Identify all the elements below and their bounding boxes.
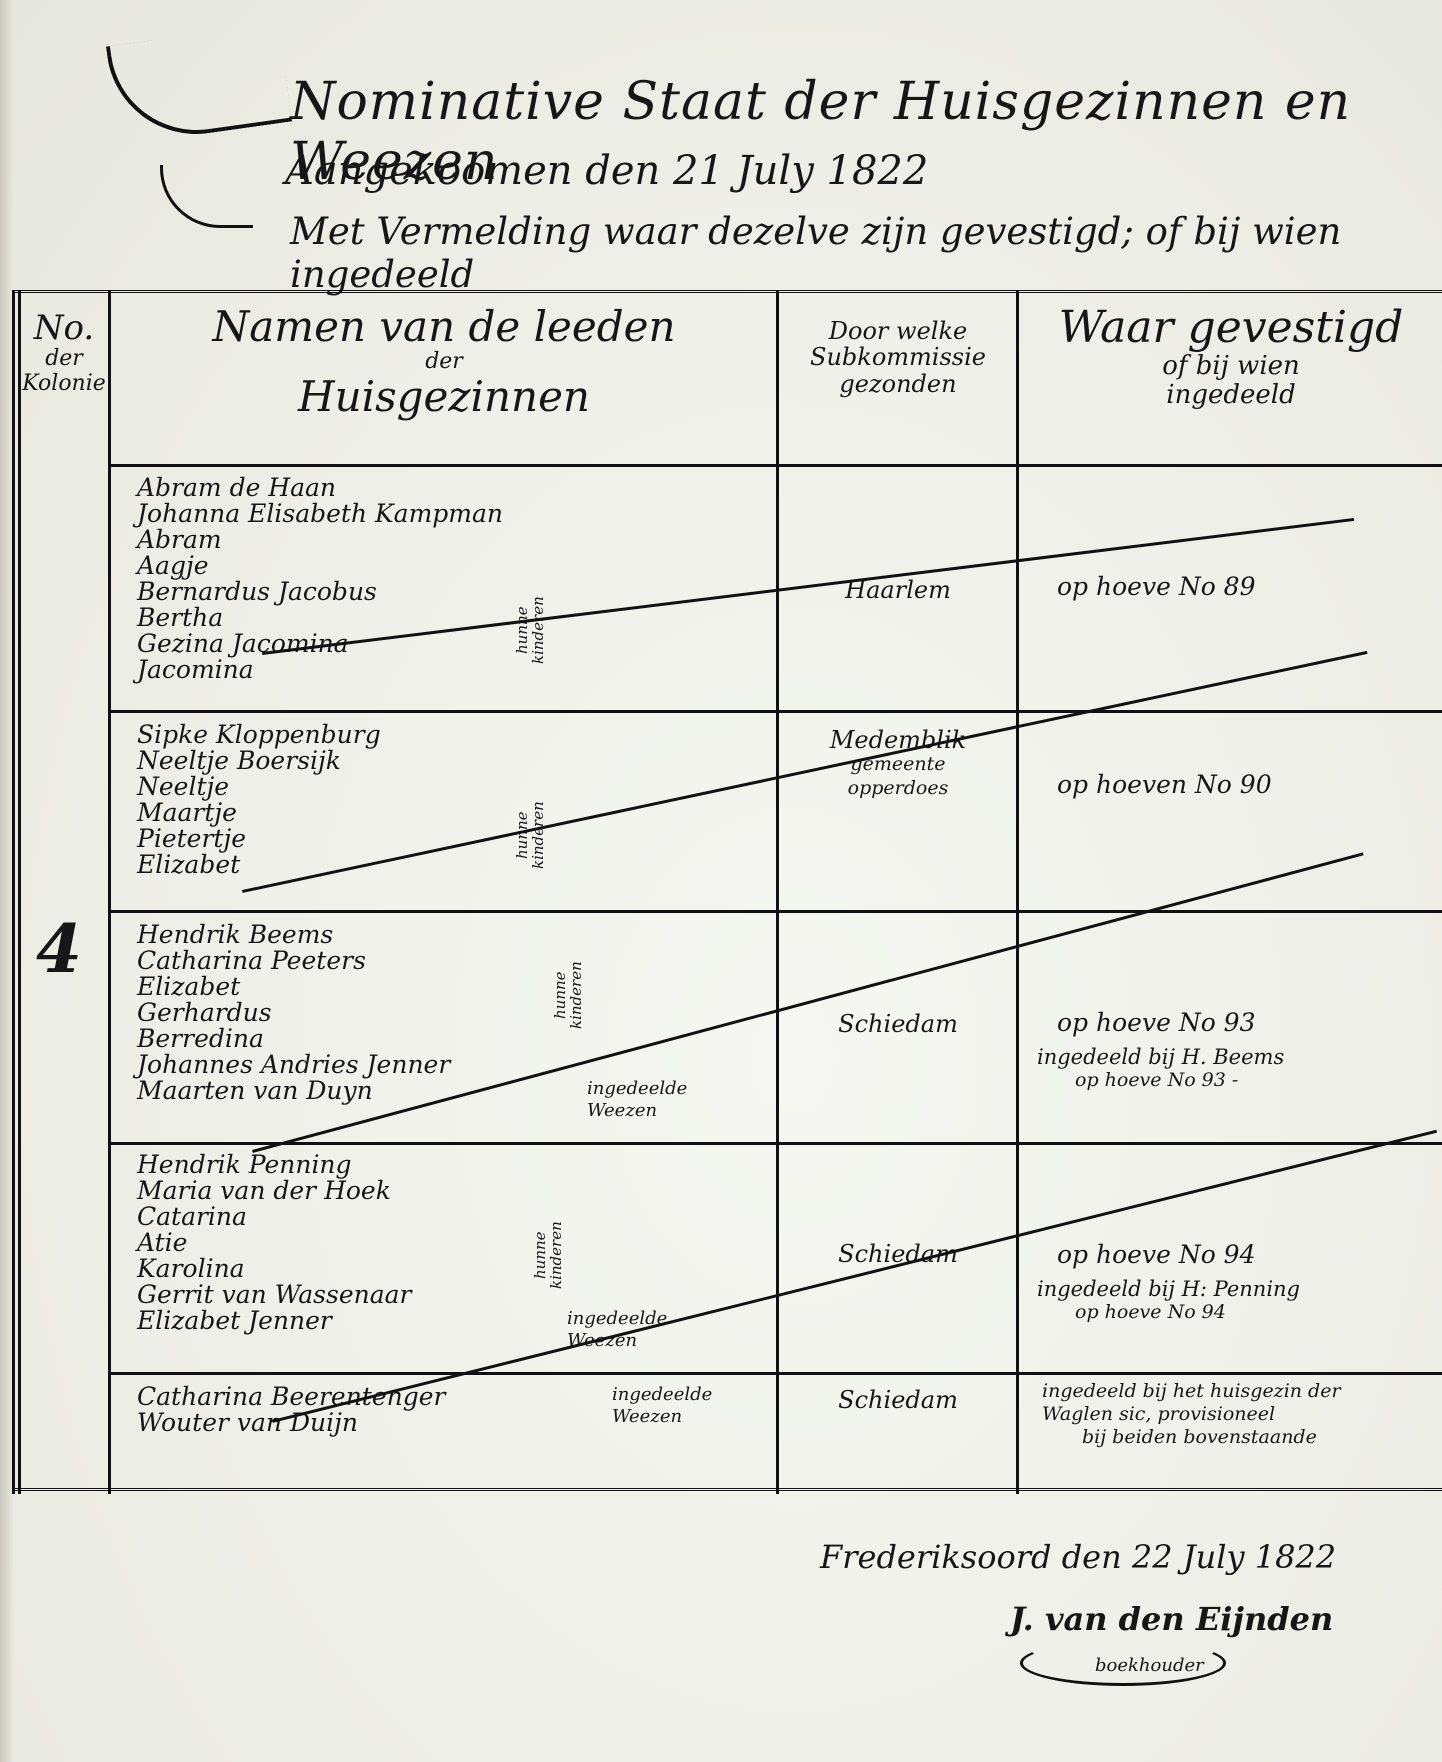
- member: Bernardus Jacobus: [137, 579, 503, 605]
- location-line: op hoeve No 93: [1057, 1008, 1284, 1037]
- family-3-location: op hoeve No 93 ingedeeld bij H. Beems op…: [1057, 1008, 1284, 1091]
- member: Johanna Elisabeth Kampman: [137, 501, 503, 527]
- member: Hendrik Beems: [137, 922, 450, 948]
- subcommittee-line: opperdoes: [780, 776, 1016, 800]
- row-divider-4: [108, 1372, 1442, 1375]
- family-3-children-label: hunne kinderen: [552, 940, 584, 1050]
- orphan: Johannes Andries Jenner: [137, 1052, 450, 1078]
- member: Catharina Peeters: [137, 948, 450, 974]
- subcommittee-line: gemeente: [780, 752, 1016, 776]
- location-line: ingedeeld bij H: Penning: [1037, 1277, 1300, 1301]
- family-1-children-label: hunne kinderen: [514, 570, 546, 690]
- family-3-subcommittee: Schiedam: [780, 1012, 1016, 1036]
- header-kolonie-line2: der: [20, 347, 108, 371]
- header-location-line2: of bij wien: [1020, 352, 1442, 381]
- document-subtitle-date: Aangekoomen den 21 July 1822: [285, 148, 928, 194]
- subcommittee-line: Medemblik: [780, 728, 1016, 752]
- member: Atie: [137, 1230, 411, 1256]
- family-2-location: op hoeven No 90: [1057, 770, 1272, 799]
- family-4-location: op hoeve No 94 ingedeeld bij H: Penning …: [1057, 1240, 1300, 1323]
- family-5-location: ingedeeld bij het huisgezin der Waglen s…: [1042, 1380, 1341, 1449]
- member: Karolina: [137, 1256, 411, 1282]
- member: Aagje: [137, 553, 503, 579]
- subcommittee-line: Schiedam: [780, 1012, 1016, 1036]
- member: Elizabet: [137, 974, 450, 1000]
- location-line: ingedeeld bij H. Beems: [1037, 1045, 1284, 1069]
- location-line: op hoeven No 90: [1057, 770, 1272, 799]
- col-divider-3: [1016, 290, 1019, 1494]
- member: Maartje: [137, 800, 381, 826]
- table-bottom-border: [12, 1488, 1442, 1496]
- place-and-date: Frederiksoord den 22 July 1822: [820, 1538, 1336, 1576]
- member: Abram: [137, 527, 503, 553]
- member: Jacomina: [137, 657, 503, 683]
- table-left-border: [12, 290, 15, 1494]
- family-2-children-label: hunne kinderen: [514, 780, 546, 890]
- member: Maria van der Hoek: [137, 1178, 411, 1204]
- header-subcommittee-line3: gezonden: [780, 371, 1016, 397]
- header-location-line1: Waar gevestigd: [1020, 304, 1442, 352]
- member: Elizabet: [137, 852, 381, 878]
- orphan: Wouter van Duijn: [137, 1410, 445, 1436]
- family-1-subcommittee: Haarlem: [780, 578, 1016, 602]
- member: Bertha: [137, 605, 503, 631]
- location-line: Waglen sic, provisioneel: [1042, 1403, 1341, 1426]
- location-line: bij beiden bovenstaande: [1082, 1426, 1341, 1449]
- family-2-subcommittee: Medemblik gemeente opperdoes: [780, 728, 1016, 800]
- member: Gerhardus: [137, 1000, 450, 1026]
- col-divider-2: [776, 290, 779, 1494]
- family-1-members: Abram de Haan Johanna Elisabeth Kampman …: [137, 475, 503, 683]
- location-line: op hoeve No 89: [1057, 572, 1256, 601]
- orphan: Maarten van Duyn: [137, 1078, 450, 1104]
- family-2-members: Sipke Kloppenburg Neeltje Boersijk Neelt…: [137, 722, 381, 878]
- header-kolonie: No. der Kolonie: [20, 310, 108, 396]
- member: Catarina: [137, 1204, 411, 1230]
- member: Neeltje Boersijk: [137, 748, 381, 774]
- header-subcommittee: Door welke Subkommissie gezonden: [780, 318, 1016, 397]
- header-kolonie-line1: No.: [20, 310, 108, 347]
- location-line: ingedeeld bij het huisgezin der: [1042, 1380, 1341, 1403]
- signature: J. van den Eijnden: [1010, 1600, 1333, 1638]
- document-page: Nominative Staat der Huisgezinnen en Wee…: [0, 0, 1442, 1762]
- member: Hendrik Penning: [137, 1152, 411, 1178]
- location-line: op hoeve No 94: [1057, 1240, 1300, 1269]
- family-5-members: Catharina Beerentenger Wouter van Duijn: [137, 1384, 445, 1436]
- title-flourish: [106, 22, 292, 145]
- family-4-members: Hendrik Penning Maria van der Hoek Catar…: [137, 1152, 411, 1334]
- member: Abram de Haan: [137, 475, 503, 501]
- table-top-border: [12, 290, 1442, 298]
- orphan: Elizabet Jenner: [137, 1308, 411, 1334]
- signature-title: boekhouder: [1095, 1655, 1204, 1676]
- family-3-members: Hendrik Beems Catharina Peeters Elizabet…: [137, 922, 450, 1104]
- register-table: No. der Kolonie Namen van de leeden der …: [12, 290, 1442, 1497]
- document-subtitle-note: Met Vermelding waar dezelve zijn gevesti…: [290, 210, 1442, 296]
- member: Sipke Kloppenburg: [137, 722, 381, 748]
- row-divider-1: [108, 710, 1442, 713]
- kolonie-number: 4: [36, 910, 82, 988]
- subcommittee-line: Schiedam: [780, 1388, 1016, 1412]
- header-bottom-rule: [108, 464, 1442, 467]
- header-names-line1: Namen van de leeden: [112, 304, 776, 350]
- family-4-orphans-label: ingedeelde Weezen: [567, 1308, 687, 1352]
- member: Pietertje: [137, 826, 381, 852]
- family-5-subcommittee: Schiedam: [780, 1388, 1016, 1412]
- orphan: Gerrit van Wassenaar: [137, 1282, 411, 1308]
- row-divider-2: [108, 910, 1442, 913]
- location-line: op hoeve No 93 -: [1075, 1069, 1284, 1091]
- header-subcommittee-line2: Subkommissie: [780, 344, 1016, 370]
- member: Berredina: [137, 1026, 450, 1052]
- header-location-line3: ingedeeld: [1020, 381, 1442, 410]
- header-kolonie-line3: Kolonie: [20, 372, 108, 396]
- header-location: Waar gevestigd of bij wien ingedeeld: [1020, 304, 1442, 410]
- family-5-orphans-label: ingedeelde Weezen: [612, 1384, 742, 1428]
- row-divider-3: [108, 1142, 1442, 1145]
- family-3-orphans-label: ingedeelde Weezen: [587, 1078, 697, 1122]
- family-4-children-label: hunne kinderen: [532, 1210, 564, 1300]
- family-1-location: op hoeve No 89: [1057, 572, 1256, 601]
- title-flourish-small: [160, 165, 253, 228]
- member: Neeltje: [137, 774, 381, 800]
- table-left-border-inner: [18, 290, 21, 1494]
- subcommittee-line: Haarlem: [780, 578, 1016, 602]
- location-line: op hoeve No 94: [1075, 1301, 1300, 1323]
- header-subcommittee-line1: Door welke: [780, 318, 1016, 344]
- header-names-line2: der: [112, 350, 776, 374]
- header-names: Namen van de leeden der Huisgezinnen: [112, 304, 776, 421]
- col-divider-1: [108, 290, 111, 1494]
- header-names-line3: Huisgezinnen: [112, 374, 776, 420]
